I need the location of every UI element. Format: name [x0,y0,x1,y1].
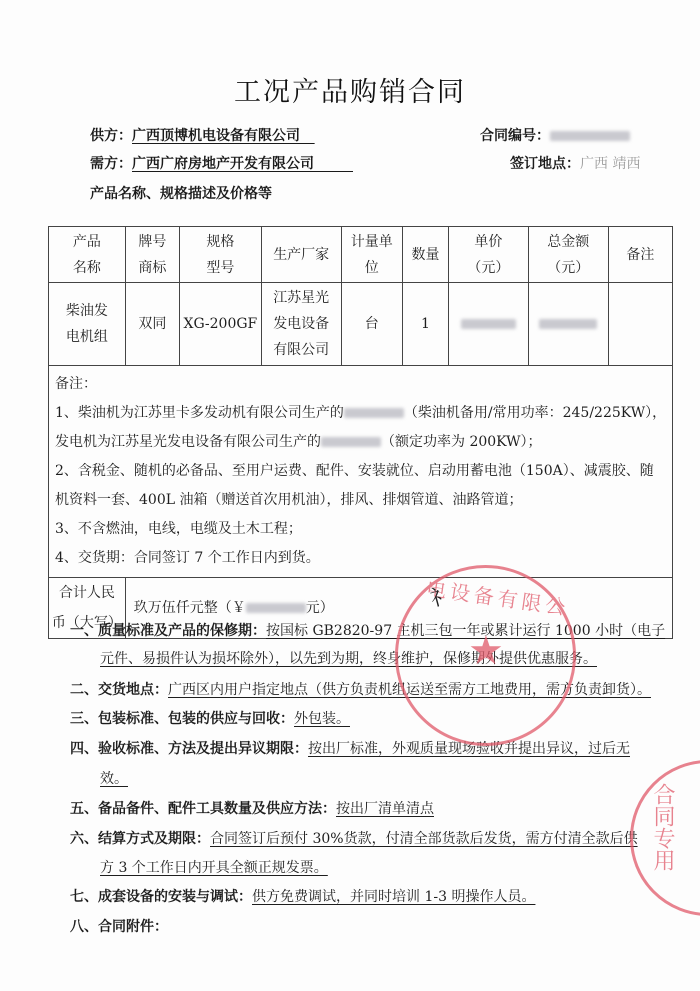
cell-maker: 江苏星光发电设备有限公司 [261,283,341,366]
sign-place-line: 签订地点：广西 靖西 [510,153,640,173]
notes-cell: 备注： 1、柴油机为江苏里卡多发动机有限公司生产的（柴油机备用/常用功率：245… [49,366,673,578]
clause-5: 五、备品备件、配件工具数量及供应方法：按出厂清单清点 [70,798,434,818]
clause-3: 三、包装标准、包装的供应与回收：外包装。 [70,708,350,728]
product-table: 产品名称 牌号商标 规格型号 生产厂家 计量单位 数量 单价（元） 总金额（元）… [48,226,673,639]
col-header-remark: 备注 [608,227,673,283]
col-header-total: 总金额（元） [528,227,608,283]
col-header-unit: 计量单位 [341,227,402,283]
notes-label: 备注： [55,370,666,399]
clause-1: 一、质量标准及产品的保修期：按国标 GB2820-97 主机三包一年或累计运行 … [70,620,665,640]
buyer-line: 需方：广西广府房地产开发有限公司 [90,153,353,173]
cell-product: 柴油发电机组 [49,283,126,366]
clause-4-cont: 效。 [100,768,128,788]
unit-price-redacted [461,319,516,329]
note-1: 1、柴油机为江苏里卡多发动机有限公司生产的（柴油机备用/常用功率：245/225… [55,399,666,428]
section-heading: 产品名称、规格描述及价格等 [90,183,272,203]
note-2: 2、含税金、随机的必备品、至用户运费、配件、安装就位、启动用蓄电池（150A）、… [55,457,666,486]
document-title: 工况产品购销合同 [0,70,700,109]
cell-qty: 1 [402,283,448,366]
contract-page: 工况产品购销合同 供方：广西顶博机电设备有限公司 合同编号： 需方：广西广府房地… [0,0,700,991]
col-header-product: 产品名称 [49,227,126,283]
cell-unit: 台 [341,283,402,366]
cell-total [528,283,608,366]
table-row: 柴油发电机组 双同 XG-200GF 江苏星光发电设备有限公司 台 1 [49,283,673,366]
col-header-maker: 生产厂家 [261,227,341,283]
note-2b: 机资料一套、400L 油箱（赠送首次用机油），排风、排烟管道、油路管道； [55,486,666,515]
supplier-label: 供方： [90,128,132,144]
clause-8: 八、合同附件： [70,916,168,936]
col-header-unit-price: 单价（元） [449,227,529,283]
contract-stamp-text: 合同专用 [647,783,678,871]
contract-seal-stamp: 合同专用 [630,760,700,916]
buyer-label: 需方： [90,156,132,172]
notes-row: 备注： 1、柴油机为江苏里卡多发动机有限公司生产的（柴油机备用/常用功率：245… [49,366,673,578]
clause-7: 七、成套设备的安装与调试：供方免费调试，并同时培训 1-3 明操作人员。 [70,886,535,906]
cell-remark [608,283,673,366]
contract-no-line: 合同编号： [480,125,630,145]
sign-place-value: 广西 靖西 [580,156,640,172]
cell-brand: 双同 [125,283,179,366]
col-header-model: 规格型号 [179,227,261,283]
clause-6: 六、结算方式及期限：合同签订后预付 30%货款，付清全部货款后发货，需方付清全款… [70,828,638,848]
supplier-name: 广西顶博机电设备有限公司 [132,128,300,144]
note-4: 4、交货期：合同签订 7 个工作日内到货。 [55,544,666,573]
total-redacted [539,319,597,329]
contract-no-label: 合同编号： [480,128,550,144]
col-header-brand: 牌号商标 [125,227,179,283]
clause-6-cont: 方 3 个工作日内开具全额正规发票。 [100,857,328,877]
supplier-line: 供方：广西顶博机电设备有限公司 [90,125,315,145]
cell-unit-price [449,283,529,366]
col-header-qty: 数量 [402,227,448,283]
table-header-row: 产品名称 牌号商标 规格型号 生产厂家 计量单位 数量 单价（元） 总金额（元）… [49,227,673,283]
clause-4: 四、验收标准、方法及提出异议期限：按出厂标准，外观质量现场验收并提出异议，过后无 [70,738,630,758]
clause-2: 二、交货地点：广西区内用户指定地点（供方负责机组运送至需方工地费用，需方负责卸货… [70,679,651,699]
sign-place-label: 签订地点： [510,156,580,172]
note-3: 3、不含燃油，电线，电缆及土木工程； [55,515,666,544]
contract-no-redacted [550,131,630,141]
note-1b: 发电机为江苏星光发电设备有限公司生产的（额定功率为 200KW）； [55,428,666,457]
buyer-name: 广西广府房地产开发有限公司 [132,156,314,172]
clause-1-cont: 元件、易损件认为损坏除外），以先到为期，终身维护，保修期外提供优惠服务。 [100,648,597,668]
cell-model: XG-200GF [179,283,261,366]
